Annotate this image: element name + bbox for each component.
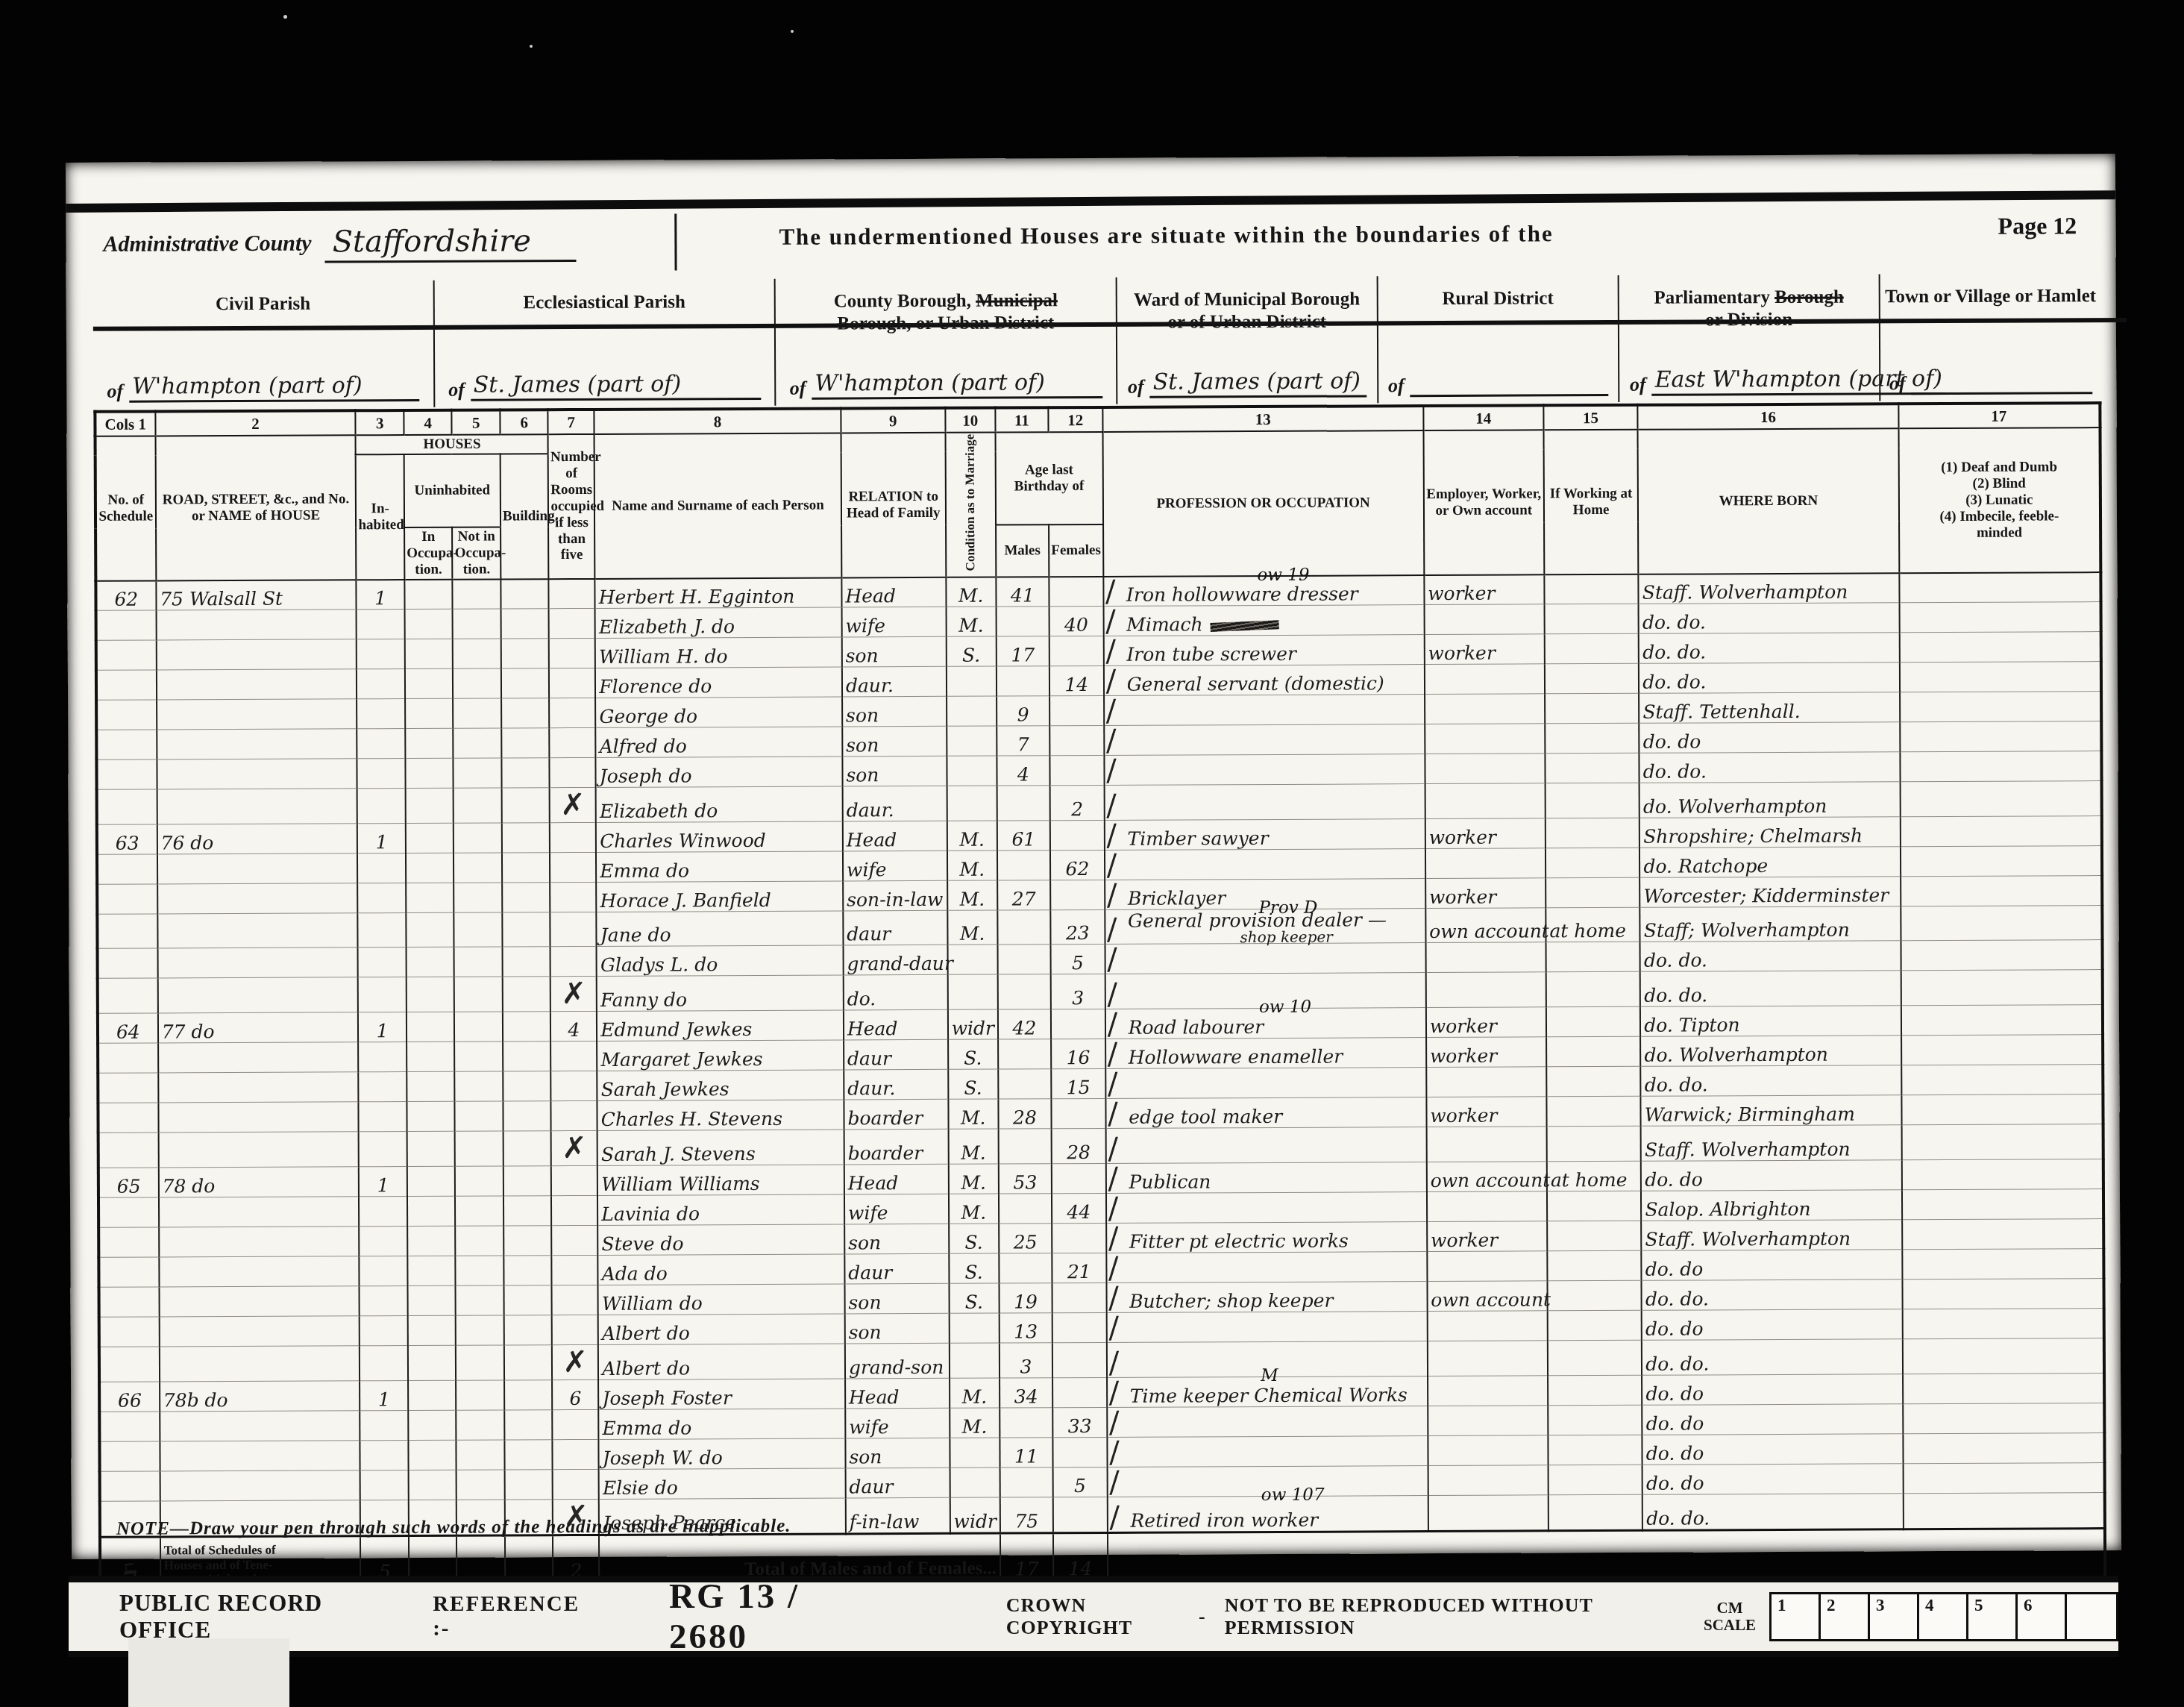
occupation-slash-mark: / (1106, 754, 1117, 788)
cell-not-in-occupation (454, 883, 503, 912)
header-age: Age last Birthday of (995, 432, 1102, 525)
cell-occupation: /ow 107Retired iron worker (1107, 1496, 1428, 1533)
header-where-born: WHERE BORN (1638, 428, 1899, 574)
header-profession: PROFESSION OR OCCUPATION (1102, 430, 1424, 576)
cell-where-born: do. Wolverhampton (1639, 782, 1901, 818)
struck-out-word (1210, 620, 1278, 632)
cell-inhabited (357, 699, 406, 729)
cell-schedule (98, 1043, 158, 1073)
cell-occupation: /ow 19Iron hollowware dresser (1103, 575, 1424, 607)
cell-name: Albert do (598, 1344, 845, 1379)
cell-address (157, 977, 358, 1013)
cell-address (156, 639, 357, 670)
cell-building (501, 668, 550, 698)
cell-inhabited (359, 1042, 407, 1072)
cell-relation: Head (845, 1378, 950, 1409)
ruler-cell (2067, 1594, 2116, 1639)
col-number: 7 (548, 410, 594, 434)
cell-inhabited (357, 610, 405, 639)
cell-in-occupation (407, 1256, 456, 1285)
cell-where-born: Salop. Albrighton (1641, 1190, 1902, 1221)
header-building: Building. (501, 454, 549, 579)
cell-schedule (99, 1347, 160, 1382)
cell-at-home (1546, 877, 1640, 908)
handwritten-value: W'hampton (part of) (129, 372, 420, 403)
cell-at-home (1546, 1006, 1641, 1037)
cell-at-home (1545, 663, 1639, 694)
cell-inhabited (357, 789, 406, 824)
cell-relation: daur. (844, 1069, 948, 1100)
cell-in-occupation (405, 639, 454, 668)
cell-occupation: / (1105, 849, 1425, 880)
locality-field-value: ofSt. James (part of) (448, 371, 761, 401)
cell-not-in-occupation (456, 1380, 504, 1410)
cell-occupation: /Fitter pt electric works (1106, 1222, 1427, 1253)
cell-schedule (100, 1471, 160, 1501)
ruler-cell: 2 (1821, 1594, 1870, 1639)
pro-office-label: PUBLIC RECORD OFFICE (119, 1590, 365, 1644)
cell-relation: son (844, 1224, 949, 1254)
occupation-slash-mark: / (1109, 1465, 1120, 1500)
cell-age-female: 33 (1052, 1407, 1107, 1437)
cell-condition (947, 756, 997, 786)
cell-age-male (997, 851, 1050, 880)
cell-name: Sarah J. Stevens (597, 1130, 844, 1165)
cell-infirmity (1899, 632, 2100, 663)
cell-age-male (999, 1194, 1052, 1224)
cell-in-occupation (405, 728, 454, 758)
occupation-annotation: ow 10 (1259, 997, 1311, 1017)
cell-name: Fanny do (597, 975, 844, 1011)
cell-building (504, 1380, 553, 1410)
cell-age-male: 61 (997, 821, 1050, 851)
cell-relation: daur (844, 1039, 948, 1070)
of-label: of (1889, 372, 1906, 395)
cell-building (502, 947, 550, 977)
cell-address (158, 1042, 359, 1073)
cell-in-occupation (406, 823, 454, 853)
occupation-text: Hollowware enameller (1129, 1046, 1343, 1068)
cell-age-male: 53 (999, 1164, 1052, 1194)
situate-line: The undermentioned Houses are situate wi… (779, 220, 1553, 251)
cell-at-home: at home (1546, 907, 1640, 942)
header-relation: RELATION to Head of Family (841, 433, 946, 577)
col-number: 16 (1638, 404, 1899, 430)
col-number: 17 (1898, 403, 2100, 428)
cell-infirmity (1901, 1065, 2103, 1095)
cell-where-born: do. do. (1639, 633, 1900, 664)
cell-not-in-occupation (456, 1345, 504, 1380)
cell-name: Horace J. Banfield (596, 881, 843, 912)
infirmity-line: (1) Deaf and Dumb (1901, 459, 2097, 476)
cell-at-home (1544, 604, 1639, 634)
cell-age-female (1051, 1009, 1105, 1039)
cell-age-female (1049, 636, 1104, 665)
cell-at-home (1544, 574, 1639, 604)
cell-rooms (552, 1315, 598, 1344)
cell-at-home (1547, 1250, 1642, 1281)
cell-age-male (997, 910, 1050, 945)
cell-inhabited (359, 1132, 407, 1167)
cell-age-female: 28 (1052, 1128, 1106, 1163)
cell-relation: daur. (842, 666, 947, 697)
admin-county-box: Administrative County Staffordshire (92, 213, 677, 272)
header-rooms: Number of Rooms occupied if less than fi… (548, 434, 595, 579)
cell-name: Florence do (595, 667, 842, 698)
cell-employer: worker (1425, 878, 1546, 909)
of-label: of (1630, 374, 1646, 396)
cell-inhabited: 1 (357, 824, 406, 853)
cell-building (501, 579, 549, 609)
cell-relation: do. (844, 974, 948, 1010)
infirmity-line: minded (1901, 524, 2097, 542)
cell-occupation: / (1104, 695, 1425, 726)
crown-copyright: CROWN COPYRIGHT (1006, 1594, 1179, 1639)
cell-infirmity (1900, 662, 2101, 692)
cell-building (504, 1410, 553, 1440)
cell-at-home (1545, 693, 1639, 724)
of-label: of (448, 379, 465, 401)
cell-building (503, 1256, 552, 1285)
cell-inhabited (359, 1072, 407, 1102)
cell-rooms (552, 1225, 598, 1255)
cell-inhabited (357, 759, 406, 789)
cell-building (503, 1285, 552, 1315)
cell-rooms: 4 (550, 1011, 597, 1041)
cell-schedule (96, 610, 157, 640)
cell-schedule (99, 1317, 160, 1347)
ruler-cell: 3 (1870, 1594, 1919, 1639)
cell-employer: worker (1427, 1221, 1547, 1252)
cell-in-occupation (408, 1345, 456, 1380)
cell-inhabited: 1 (359, 1167, 407, 1197)
cell-infirmity (1903, 1463, 2104, 1494)
cell-infirmity (1900, 751, 2101, 782)
cell-inhabited (358, 913, 407, 948)
cell-not-in-occupation (455, 1101, 503, 1131)
cell-where-born: do. do (1642, 1434, 1904, 1465)
cell-employer (1425, 783, 1545, 819)
cell-inhabited (360, 1316, 408, 1346)
label-segment: County Borough, (834, 291, 976, 312)
locality-field-label: Ecclesiastical Parish (434, 291, 774, 315)
cell-where-born: Staff. Wolverhampton (1641, 1220, 1902, 1251)
cell-age-female (1049, 576, 1103, 606)
cell-employer: worker (1424, 574, 1544, 605)
occupation-text: Butcher; shop keeper (1129, 1290, 1333, 1312)
cell-condition (947, 696, 997, 726)
cell-schedule (97, 884, 157, 914)
cell-condition: M. (948, 1164, 998, 1194)
reference-label: REFERENCE :- (433, 1592, 580, 1641)
cell-age-female: 2 (1050, 785, 1105, 820)
locality-field-label: Town or Village or Hamlet (1880, 285, 2100, 308)
cell-age-female (1052, 1223, 1106, 1253)
cell-condition: widr (950, 1497, 1000, 1533)
cell-name: George do (595, 697, 842, 727)
cell-employer (1428, 1341, 1548, 1376)
cell-not-in-occupation (454, 758, 502, 788)
cell-schedule: 66 (99, 1382, 160, 1412)
cell-age-female (1052, 1342, 1107, 1377)
cell-condition (949, 1343, 999, 1378)
cell-condition (950, 1438, 1000, 1468)
cell-infirmity (1903, 1338, 2104, 1374)
cell-address (160, 1470, 360, 1501)
of-label: of (1388, 375, 1405, 397)
cell-occupation: / (1106, 1192, 1427, 1224)
cell-relation: daur (843, 910, 947, 945)
cell-rooms (550, 946, 597, 976)
cell-name: Steve do (597, 1224, 844, 1255)
header-infirmity: (1) Deaf and Dumb (2) Blind (3) Lunatic … (1898, 427, 2100, 573)
cell-address (159, 1286, 360, 1317)
label-segment: or of Urban District (1167, 312, 1326, 333)
cell-address (158, 1132, 359, 1168)
locality-field: Ward of Municipal Boroughor of Urban Dis… (1117, 276, 1378, 404)
cell-relation: Head (841, 577, 946, 607)
cell-infirmity (1902, 1219, 2103, 1250)
cell-condition: S. (946, 636, 996, 666)
cell-relation: son (842, 696, 947, 727)
cell-condition: M. (950, 1408, 1000, 1438)
cell-in-occupation (405, 668, 454, 698)
cell-schedule (97, 914, 157, 948)
cell-where-born: do. do. (1639, 663, 1900, 694)
cell-employer: own account (1425, 908, 1546, 943)
cell-where-born: do. do. (1642, 1494, 1904, 1531)
cell-building (503, 1071, 551, 1101)
cell-address (159, 1256, 360, 1287)
cell-inhabited: 1 (357, 580, 405, 610)
cell-in-occupation (407, 1131, 456, 1166)
occupation-slash-mark: / (1108, 1097, 1118, 1131)
cell-name: Jane do (597, 911, 844, 946)
locality-field-label: Parliamentary Boroughor Division (1619, 286, 1879, 332)
cell-schedule: 62 (95, 580, 156, 610)
cell-in-occupation (407, 1196, 456, 1226)
cell-building (503, 1196, 552, 1226)
cell-in-occupation (408, 1380, 456, 1410)
cell-not-in-occupation (454, 728, 502, 758)
cell-infirmity (1903, 1403, 2104, 1434)
admin-county-label: Administrative County (92, 231, 311, 257)
cell-employer (1428, 1495, 1548, 1532)
ruler-cell: 1 (1772, 1594, 1821, 1639)
cell-in-occupation (406, 947, 454, 977)
cell-not-in-occupation (453, 668, 501, 698)
cell-inhabited (357, 669, 405, 699)
census-form-page: Administrative County Staffordshire The … (66, 154, 2121, 1559)
cell-relation: boarder (844, 1099, 948, 1130)
occupation-second-line: shop keeper (1240, 930, 1422, 943)
occupation-text: Bricklayer (1128, 887, 1226, 909)
col-number: 4 (404, 410, 452, 435)
locality-field: Civil ParishofW'hampton (part of) (93, 281, 435, 409)
cell-not-in-occupation (456, 1256, 504, 1285)
cell-schedule (97, 854, 157, 884)
cell-schedule (96, 759, 157, 789)
cell-at-home (1548, 1405, 1642, 1435)
col-number: 2 (155, 410, 356, 436)
cell-address (157, 913, 358, 948)
cell-condition: M. (950, 1378, 1000, 1408)
cell-age-female: 23 (1050, 909, 1105, 944)
label-segment: Municipal (976, 290, 1058, 310)
cell-not-in-occupation (456, 1315, 504, 1345)
cell-age-male: 41 (996, 577, 1049, 607)
cell-name: Emma do (598, 1409, 845, 1439)
cell-age-male (998, 974, 1051, 1009)
cell-where-born: do. do. (1639, 752, 1901, 783)
cell-at-home (1545, 633, 1639, 664)
cell-rooms (550, 912, 597, 946)
cell-occupation: /Publican (1105, 1162, 1426, 1194)
cell-where-born: Staff. Wolverhampton (1641, 1125, 1902, 1162)
cell-schedule (98, 978, 158, 1013)
cell-employer (1428, 1376, 1548, 1406)
cell-where-born: do. do. (1641, 1065, 1902, 1097)
cell-building (502, 883, 550, 912)
cell-schedule (98, 948, 158, 978)
cell-at-home (1546, 1096, 1641, 1127)
of-label: of (107, 380, 123, 403)
cell-age-female (1049, 725, 1104, 755)
cell-age-female (1049, 755, 1104, 785)
cell-name: Joseph do (596, 757, 843, 787)
cell-age-female: 5 (1053, 1467, 1108, 1497)
cell-age-female (1053, 1497, 1108, 1532)
cell-in-occupation (407, 1226, 456, 1256)
cell-at-home: at home (1547, 1161, 1642, 1191)
occupation-annotation: Prov D (1258, 898, 1317, 918)
cell-occupation: /edge tool maker (1105, 1097, 1426, 1129)
cell-in-occupation (406, 788, 454, 823)
cell-relation: son (845, 1438, 950, 1468)
cell-not-in-occupation (454, 853, 502, 883)
cell-age-male: 9 (997, 696, 1049, 726)
cell-age-female: 21 (1052, 1253, 1106, 1282)
cell-age-male: 11 (1000, 1438, 1052, 1468)
cell-age-female: 3 (1051, 974, 1105, 1009)
ruler-cell: 5 (1968, 1594, 2018, 1639)
col-number: 5 (452, 410, 501, 434)
locality-field-value: of (1889, 372, 2093, 395)
cell-age-female (1050, 880, 1105, 909)
cell-employer (1425, 694, 1545, 724)
cell-condition: M. (949, 1194, 999, 1224)
locality-field: Town or Village or Hamletof (1880, 273, 2101, 401)
cell-infirmity (1902, 1279, 2103, 1309)
locality-field: Rural Districtof (1378, 275, 1619, 403)
col-number: Cols 1 (95, 411, 155, 436)
cell-infirmity (1899, 602, 2100, 633)
occupation-text: Retired iron worker (1130, 1509, 1318, 1532)
cell-not-in-occupation (453, 609, 501, 639)
label-segment: Ward of Municipal Borough (1134, 289, 1360, 310)
cell-infirmity (1901, 816, 2102, 847)
cell-in-occupation (404, 579, 453, 609)
cell-employer: worker (1426, 1097, 1546, 1127)
cell-relation: daur (845, 1468, 950, 1498)
occupation-text: Road labourer (1129, 1016, 1264, 1039)
cell-age-male: 19 (999, 1283, 1052, 1313)
cell-rooms (551, 1071, 597, 1100)
cell-rooms: 6 (552, 1379, 598, 1409)
cell-inhabited: 1 (360, 1381, 408, 1411)
cell-rooms (550, 822, 596, 852)
cell-rooms: ✗ (550, 787, 596, 822)
header-condition-text: Condition as to Marriage (964, 434, 978, 571)
cell-in-occupation (406, 912, 454, 947)
cell-where-born: Staff; Wolverhampton (1640, 906, 1901, 942)
cm-scale-label: CM SCALE (1704, 1600, 1756, 1634)
cell-not-in-occupation (456, 1410, 505, 1440)
cell-age-male: 17 (997, 636, 1049, 666)
cell-employer: own account (1427, 1281, 1547, 1312)
cell-infirmity (1902, 1309, 2103, 1339)
cell-name: Joseph Foster (598, 1379, 845, 1409)
cell-rooms (550, 852, 596, 882)
col-number: 3 (356, 410, 404, 435)
cell-age-male (999, 1253, 1052, 1283)
cell-name: Margaret Jewkes (597, 1040, 844, 1071)
cell-not-in-occupation (456, 1285, 504, 1315)
cm-label: CM (1716, 1599, 1742, 1617)
cell-in-occupation (407, 1012, 455, 1042)
occupation-slash-mark: / (1109, 1500, 1120, 1535)
cell-at-home (1548, 1375, 1642, 1406)
cell-age-male: 42 (998, 1009, 1051, 1039)
col-number: 14 (1423, 405, 1543, 430)
scan-speck (530, 45, 533, 48)
handwritten-value (1912, 391, 2093, 395)
cell-address: 75 Walsall St (156, 580, 357, 610)
cell-age-male (1000, 1408, 1052, 1438)
infirmity-line: (3) Lunatic (1901, 492, 2097, 509)
cell-address: 78b do (160, 1381, 360, 1412)
cell-inhabited (358, 948, 407, 977)
occupation-slash-mark: / (1108, 1311, 1119, 1345)
cell-building (501, 639, 550, 668)
cell-infirmity (1901, 970, 2102, 1006)
cell-employer (1425, 724, 1545, 754)
cell-building (503, 1101, 551, 1131)
cell-age-female: 15 (1051, 1068, 1105, 1098)
cell-age-male: 4 (997, 756, 1049, 786)
cell-rooms (550, 757, 596, 787)
ruler-cell: 6 (2018, 1594, 2067, 1639)
label-segment: or (1705, 310, 1722, 330)
cell-building (503, 1131, 552, 1166)
note-line: NOTE—Draw your pen through such words of… (116, 1516, 791, 1540)
cell-occupation: /MTime keeper Chemical Works (1107, 1376, 1428, 1408)
cell-condition: S. (948, 1039, 998, 1069)
cell-where-born: do. do (1639, 722, 1901, 754)
cell-rooms (553, 1409, 599, 1439)
of-label: of (790, 378, 806, 400)
cell-employer: worker (1424, 634, 1544, 665)
cell-occupation: / (1105, 1127, 1426, 1164)
cell-address (159, 1316, 360, 1347)
cell-inhabited (360, 1227, 408, 1256)
cell-name: Alfred do (595, 727, 842, 757)
cell-inhabited (357, 729, 406, 759)
label-segment: Borough, or Urban District (838, 313, 1055, 333)
cell-not-in-occupation (453, 579, 501, 609)
cell-employer: worker (1425, 818, 1545, 849)
cell-employer (1428, 1465, 1548, 1496)
